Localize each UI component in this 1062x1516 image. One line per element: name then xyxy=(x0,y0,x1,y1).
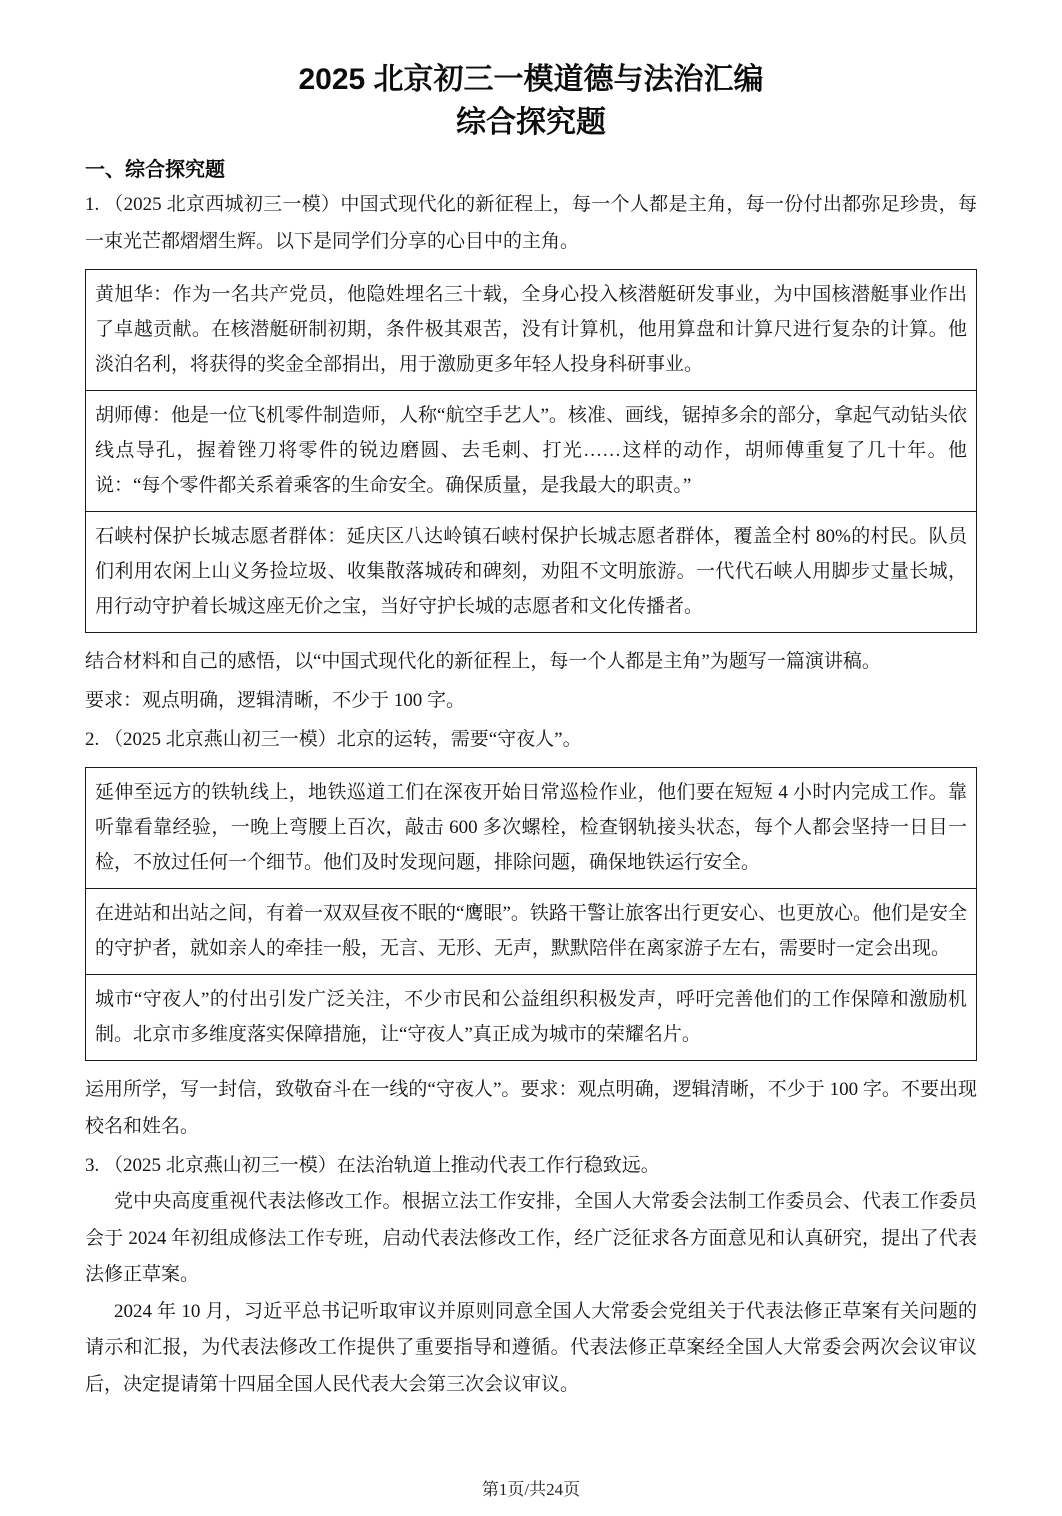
material-row-huangxuhua: 黄旭华：作为一名共产党员，他隐姓埋名三十载，全身心投入核潜艇研发事业，为中国核潜… xyxy=(86,270,976,391)
document-title: 2025 北京初三一模道德与法治汇编 xyxy=(85,58,977,102)
material-row-hushifu: 胡师傅：他是一位飞机零件制造师，人称“航空手艺人”。核准、画线，锯掉多余的部分，… xyxy=(86,391,976,512)
question-2-task: 运用所学，写一封信，致敬奋斗在一线的“守夜人”。要求：观点明确，逻辑清晰，不少于… xyxy=(85,1071,977,1145)
question-1-material-table: 黄旭华：作为一名共产党员，他隐姓埋名三十载，全身心投入核潜艇研发事业，为中国核潜… xyxy=(85,269,977,633)
question-2-intro: 2. （2025 北京燕山初三一模）北京的运转，需要“守夜人”。 xyxy=(85,721,977,758)
question-1-task-line2: 要求：观点明确，逻辑清晰，不少于 100 字。 xyxy=(85,682,977,719)
material-row-subway-inspectors: 延伸至远方的铁轨线上，地铁巡道工们在深夜开始日常巡检作业，他们要在短短 4 小时… xyxy=(86,768,976,889)
page-number: 第1页/共24页 xyxy=(0,1475,1062,1500)
material-row-shixiacun: 石峡村保护长城志愿者群体：延庆区八达岭镇石峡村保护长城志愿者群体，覆盖全村 80… xyxy=(86,512,976,632)
material-row-city-nightwatchers: 城市“守夜人”的付出引发广泛关注，不少市民和公益组织积极发声，呼吁完善他们的工作… xyxy=(86,975,976,1060)
question-2-material-table: 延伸至远方的铁轨线上，地铁巡道工们在深夜开始日常巡检作业，他们要在短短 4 小时… xyxy=(85,767,977,1061)
document-page: 2025 北京初三一模道德与法治汇编 综合探究题 一、综合探究题 1. （202… xyxy=(0,0,1062,1516)
question-3-paragraph-1: 党中央高度重视代表法修改工作。根据立法工作安排，全国人大常委会法制工作委员会、代… xyxy=(85,1184,977,1294)
question-1-task-line1: 结合材料和自己的感悟，以“中国式现代化的新征程上，每一个人都是主角”为题写一篇演… xyxy=(85,643,977,680)
section-heading: 一、综合探究题 xyxy=(85,156,977,184)
material-row-railway-police: 在进站和出站之间，有着一双双昼夜不眠的“鹰眼”。铁路干警让旅客出行更安心、也更放… xyxy=(86,889,976,975)
question-3-intro: 3. （2025 北京燕山初三一模）在法治轨道上推动代表工作行稳致远。 xyxy=(85,1147,977,1184)
question-1-intro: 1. （2025 北京西城初三一模）中国式现代化的新征程上，每一个人都是主角，每… xyxy=(85,186,977,260)
document-subtitle: 综合探究题 xyxy=(85,102,977,144)
question-3-paragraph-2: 2024 年 10 月，习近平总书记听取审议并原则同意全国人大常委会党组关于代表… xyxy=(85,1294,977,1404)
